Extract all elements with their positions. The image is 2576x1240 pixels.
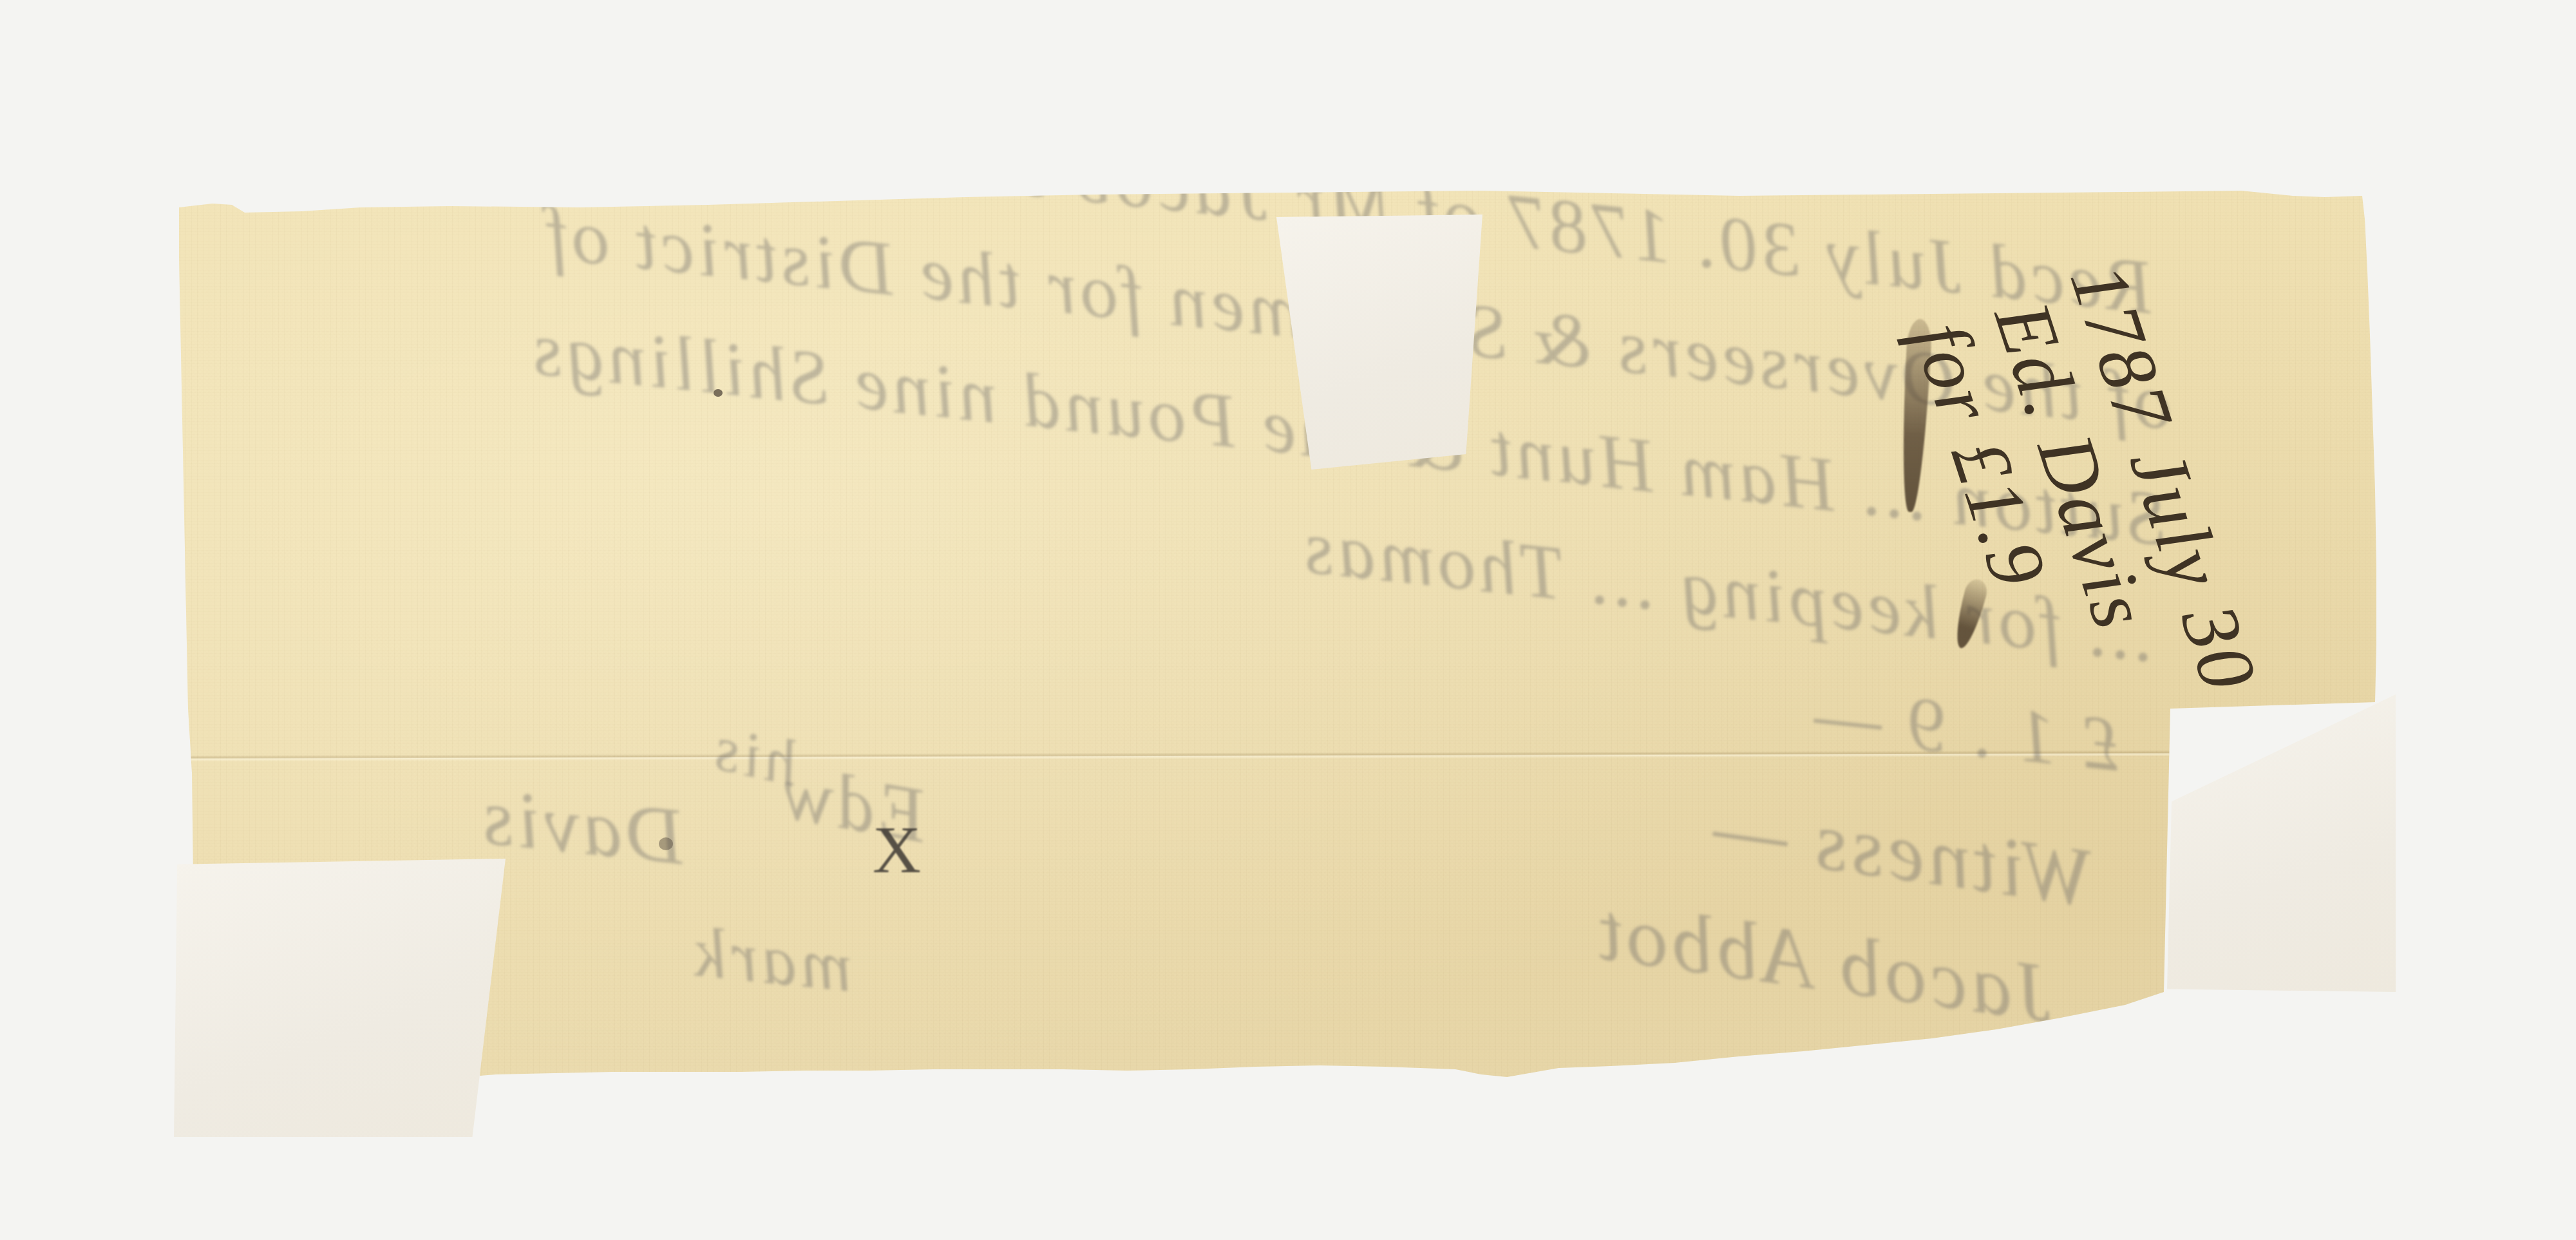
docket-annotation: 1787 July 30 Ed. Davis for £1.9 <box>1896 254 2272 754</box>
mounting-hinge-top <box>1276 215 1482 472</box>
signature-mark-x: X <box>873 812 925 888</box>
mounting-hinge-bottom-left <box>174 859 506 1137</box>
ink-speck <box>659 837 673 850</box>
bleed-through-mark-label: mark <box>688 911 857 1009</box>
scan-canvas: Recd July 30. 1787 of Mr Jacob Jr. Gover… <box>0 0 2576 1240</box>
bleed-through-witness-label: Witness — <box>1704 777 2099 927</box>
ink-speck <box>714 389 723 397</box>
mounting-hinge-bottom-right <box>2167 694 2396 992</box>
bleed-through-mark-last-name: Davis <box>475 771 689 884</box>
